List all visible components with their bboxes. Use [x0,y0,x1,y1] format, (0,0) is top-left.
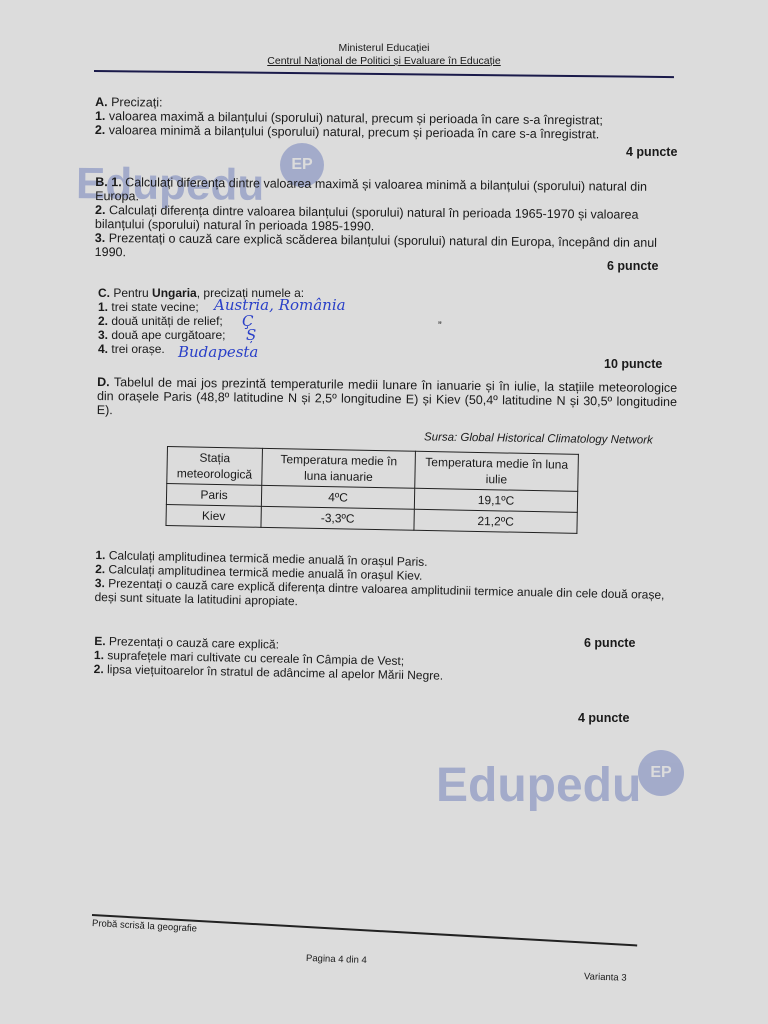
section-b-points: 6 puncte [607,259,658,273]
section-c-points: 10 puncte [604,357,662,371]
table-cell: Kiev [166,504,261,527]
table-header: Temperatura medie în luna ianuarie [262,448,416,488]
header-ministry: Ministerul Educației [0,42,768,55]
section-a-intro: Precizați: [111,95,163,109]
section-d-questions: 1. Calculați amplitudinea termică medie … [94,548,675,616]
footer-page-number: Pagina 4 din 4 [306,953,367,966]
section-a-label: A. [95,95,108,109]
table-cell: -3,3ºC [261,506,414,530]
header-center: Centrul Național de Politici și Evaluare… [0,55,768,68]
table-cell: 21,2ºC [414,509,577,533]
section-d-intro: D. Tabelul de mai jos prezintă temperatu… [97,375,677,423]
watermark-logo-text: Edupedu [436,758,641,813]
section-a-points: 4 puncte [626,145,677,159]
table-header: Temperatura medie în luna iulie [415,451,579,491]
country-name: Ungaria [152,286,197,300]
handwritten-answer: Austria, România [214,296,346,314]
handwritten-answer: Ș [246,326,256,344]
section-a: A. Precizați: 1. valoarea maximă a bilan… [95,95,685,142]
section-e-points: 4 puncte [578,711,629,725]
table-header: Stația meteorologică [167,447,263,486]
table-source: Sursa: Global Historical Climatology Net… [424,431,653,446]
page-header: Ministerul Educației Centrul Național de… [0,42,768,68]
table-cell: Paris [166,484,261,507]
temperature-table: Stația meteorologică Temperatura medie î… [165,446,578,534]
temperature-table-wrap: Stația meteorologică Temperatura medie î… [165,446,578,534]
handwritten-answer: Budapesta [178,343,258,361]
watermark-badge-icon: EP [638,750,684,796]
section-b-item: 3. Prezentați o cauză care explică scăde… [95,231,687,264]
stray-mark: ” [438,320,442,332]
header-rule [94,70,674,78]
table-cell: 4ºC [261,485,414,509]
footer-variant: Varianta 3 [584,971,627,983]
section-e: E. Prezentați o cauză care explică: 1. s… [94,634,595,686]
section-b: B. 1. Calculați diferența dintre valoare… [95,175,688,264]
